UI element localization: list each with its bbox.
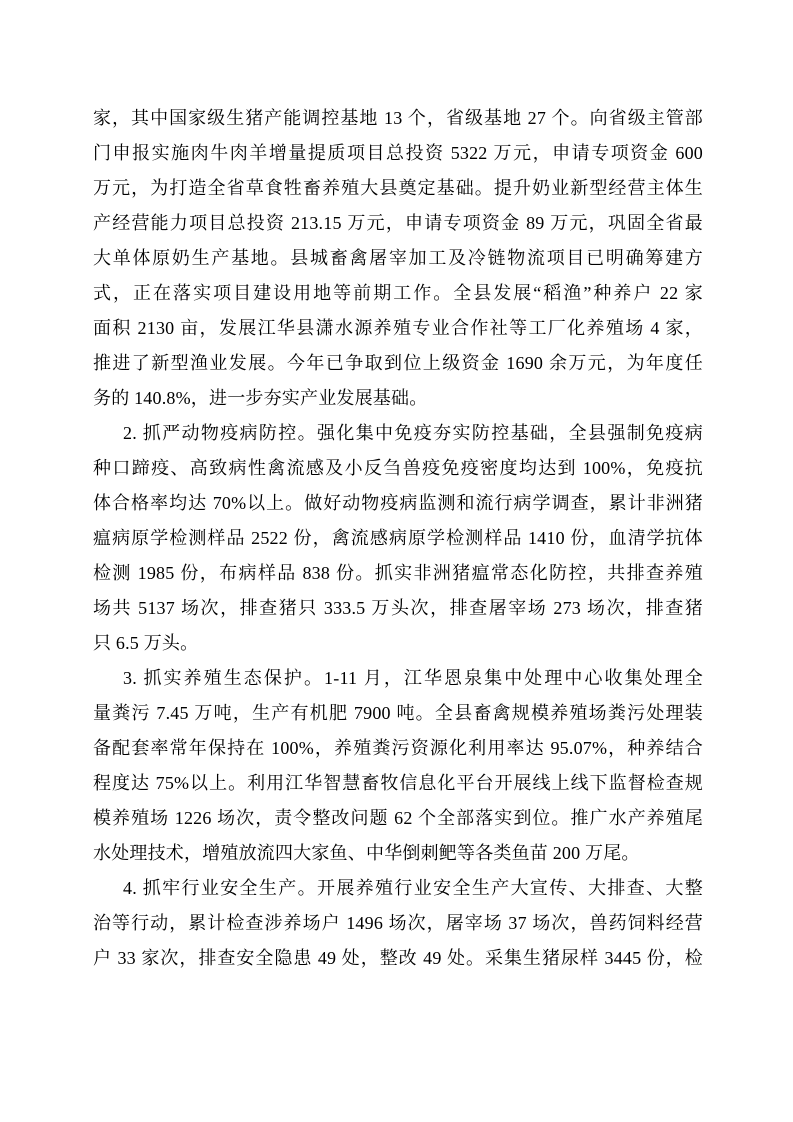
text-line: 户 33 家次，排查安全隐患 49 处，整改 49 处。采集生猪尿样 3445 … <box>93 941 703 976</box>
text-line: 产经营能力项目总投资 213.15 万元，申请专项资金 89 万元，巩固全省最 <box>93 206 703 241</box>
text-line: 面积 2130 亩，发展江华县潇水源养殖专业合作社等工厂化养殖场 4 家， <box>93 311 703 346</box>
text-line: 万元，为打造全省草食牲畜养殖大县奠定基础。提升奶业新型经营主体生 <box>93 171 703 206</box>
text-line: 4. 抓牢行业安全生产。开展养殖行业安全生产大宣传、大排查、大整 <box>93 871 703 906</box>
text-line: 量粪污 7.45 万吨，生产有机肥 7900 吨。全县畜禽规模养殖场粪污处理装 <box>93 696 703 731</box>
text-line: 瘟病原学检测样品 2522 份，禽流感病原学检测样品 1410 份，血清学抗体 <box>93 521 703 556</box>
text-line: 体合格率均达 70%以上。做好动物疫病监测和流行病学调查，累计非洲猪 <box>93 486 703 521</box>
text-line: 务的 140.8%，进一步夯实产业发展基础。 <box>93 381 703 416</box>
text-line: 场共 5137 场次，排查猪只 333.5 万头次，排查屠宰场 273 场次，排… <box>93 591 703 626</box>
text-line: 只 6.5 万头。 <box>93 626 703 661</box>
text-line: 治等行动，累计检查涉养场户 1496 场次，屠宰场 37 场次，兽药饲料经营 <box>93 906 703 941</box>
text-line: 推进了新型渔业发展。今年已争取到位上级资金 1690 余万元，为年度任 <box>93 346 703 381</box>
text-line: 程度达 75%以上。利用江华智慧畜牧信息化平台开展线上线下监督检查规 <box>93 766 703 801</box>
text-line: 3. 抓实养殖生态保护。1-11 月，江华恩泉集中处理中心收集处理全 <box>93 661 703 696</box>
text-line: 检测 1985 份，布病样品 838 份。抓实非洲猪瘟常态化防控，共排查养殖 <box>93 556 703 591</box>
document-body: 家，其中国家级生猪产能调控基地 13 个，省级基地 27 个。向省级主管部门申报… <box>93 101 703 976</box>
text-line: 大单体原奶生产基地。县城畜禽屠宰加工及冷链物流项目已明确筹建方 <box>93 241 703 276</box>
text-line: 种口蹄疫、高致病性禽流感及小反刍兽疫免疫密度均达到 100%，免疫抗 <box>93 451 703 486</box>
text-line: 式，正在落实项目建设用地等前期工作。全县发展“稻渔”种养户 22 家 <box>93 276 703 311</box>
text-line: 家，其中国家级生猪产能调控基地 13 个，省级基地 27 个。向省级主管部 <box>93 101 703 136</box>
text-line: 水处理技术，增殖放流四大家鱼、中华倒刺鲃等各类鱼苗 200 万尾。 <box>93 836 703 871</box>
text-line: 备配套率常年保持在 100%，养殖粪污资源化利用率达 95.07%，种养结合 <box>93 731 703 766</box>
text-line: 2. 抓严动物疫病防控。强化集中免疫夯实防控基础，全县强制免疫病 <box>93 416 703 451</box>
document-page: 家，其中国家级生猪产能调控基地 13 个，省级基地 27 个。向省级主管部门申报… <box>0 0 793 1122</box>
text-line: 模养殖场 1226 场次，责令整改问题 62 个全部落实到位。推广水产养殖尾 <box>93 801 703 836</box>
text-line: 门申报实施肉牛肉羊增量提质项目总投资 5322 万元，申请专项资金 600 <box>93 136 703 171</box>
